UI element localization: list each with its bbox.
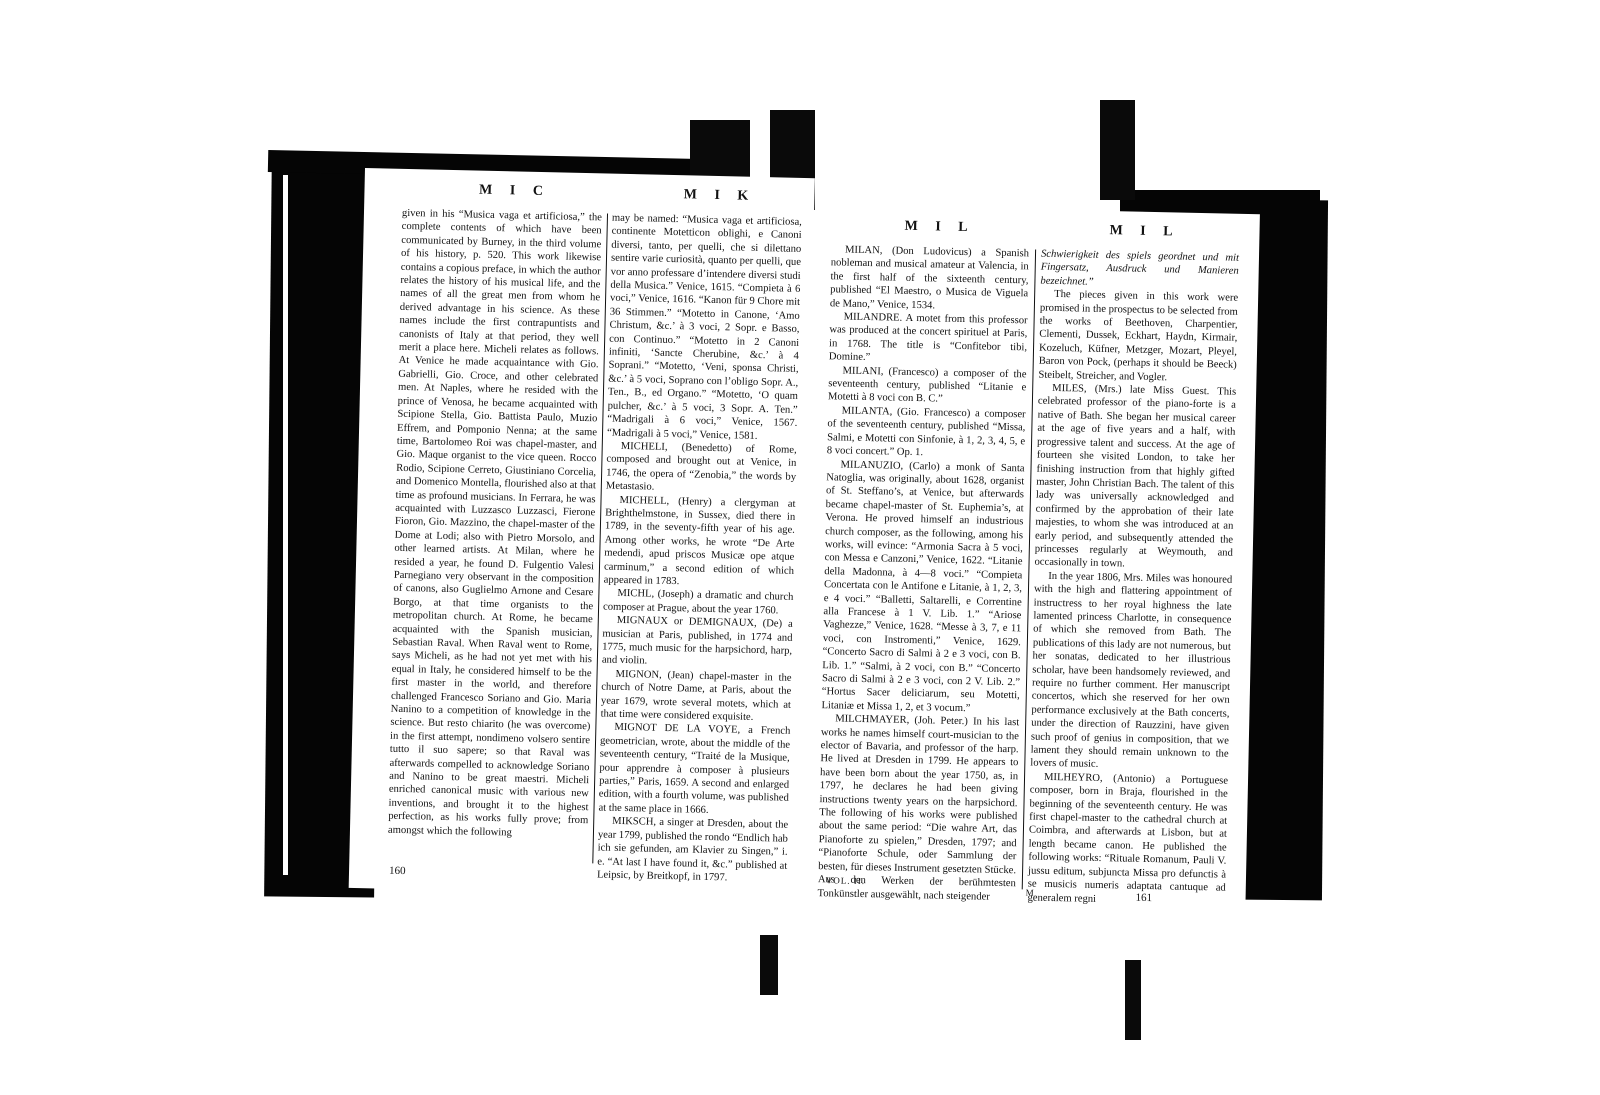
spine-shadow-bottom — [760, 935, 778, 995]
dictionary-entry: MILANUZIO, (Carlo) a monk of Santa Natog… — [821, 458, 1024, 717]
dictionary-entry: MIKSCH, a singer at Dresden, about the y… — [597, 815, 788, 886]
dictionary-entry: MIGNON, (Jean) chapel-master in the chur… — [601, 667, 792, 725]
text-column: given in his “Musica vaga et artificiosa… — [388, 207, 602, 841]
dictionary-entry: MICHELI, (Benedetto) of Rome, composed a… — [606, 439, 797, 497]
volume-signature: VOL. II. — [826, 875, 865, 886]
running-head: M I C — [474, 182, 554, 200]
dictionary-entry: MILANI, (Francesco) a composer of the se… — [828, 364, 1027, 408]
dictionary-entry: MILHEYRO, (Antonio) a Portuguese compose… — [1027, 770, 1228, 908]
running-head: M I K — [679, 187, 759, 205]
paragraph: given in his “Musica vaga et artificiosa… — [388, 207, 602, 841]
running-head: M I L — [1104, 223, 1184, 241]
page-number: 161 — [1135, 892, 1152, 904]
right-page: M I L M I L MILAN, (Don Ludovicus) a Spa… — [805, 205, 1259, 909]
clip-shadow — [1100, 100, 1135, 200]
dictionary-entry: MIGNAUX or DEMIGNAUX, (De) a musician at… — [602, 614, 793, 672]
spine-shadow — [690, 120, 750, 180]
dictionary-entry: MILAN, (Don Ludovicus) a Spanish noblema… — [830, 243, 1029, 314]
clip-shadow-2 — [1125, 960, 1141, 1040]
dictionary-entry: MIGNOT DE LA VOYE, a French geometrician… — [598, 721, 790, 819]
dictionary-entry: MILES, (Mrs.) late Miss Guest. This cele… — [1034, 382, 1236, 574]
page-edge-highlight — [283, 175, 288, 875]
dictionary-entry: MICHL, (Joseph) a dramatic and church co… — [603, 587, 794, 618]
dictionary-entry: MILANTA, (Gio. Francesco) a composer of … — [827, 404, 1026, 462]
paragraph: In the year 1806, Mrs. Miles was honoure… — [1030, 569, 1232, 774]
paragraph: Schwierigkeit des spiels geordnet und mi… — [1040, 248, 1239, 292]
text-column: Schwierigkeit des spiels geordnet und mi… — [1027, 248, 1239, 909]
text-column: may be named: “Musica vaga et artificios… — [597, 212, 802, 886]
signature-mark: M — [1026, 887, 1034, 897]
left-page: M I C M I K given in his “Musica vaga et… — [349, 168, 815, 898]
dictionary-entry: MILANDRE. A motet from this professor wa… — [829, 310, 1028, 368]
paragraph: The pieces given in this work were promi… — [1038, 288, 1238, 386]
running-head: M I L — [899, 219, 979, 237]
text-column: MILAN, (Don Ludovicus) a Spanish noblema… — [817, 243, 1029, 904]
page-number: 160 — [389, 865, 406, 877]
paragraph: may be named: “Musica vaga et artificios… — [607, 212, 802, 444]
dictionary-entry: MICHELL, (Henry) a clergyman at Brighthe… — [604, 493, 796, 591]
